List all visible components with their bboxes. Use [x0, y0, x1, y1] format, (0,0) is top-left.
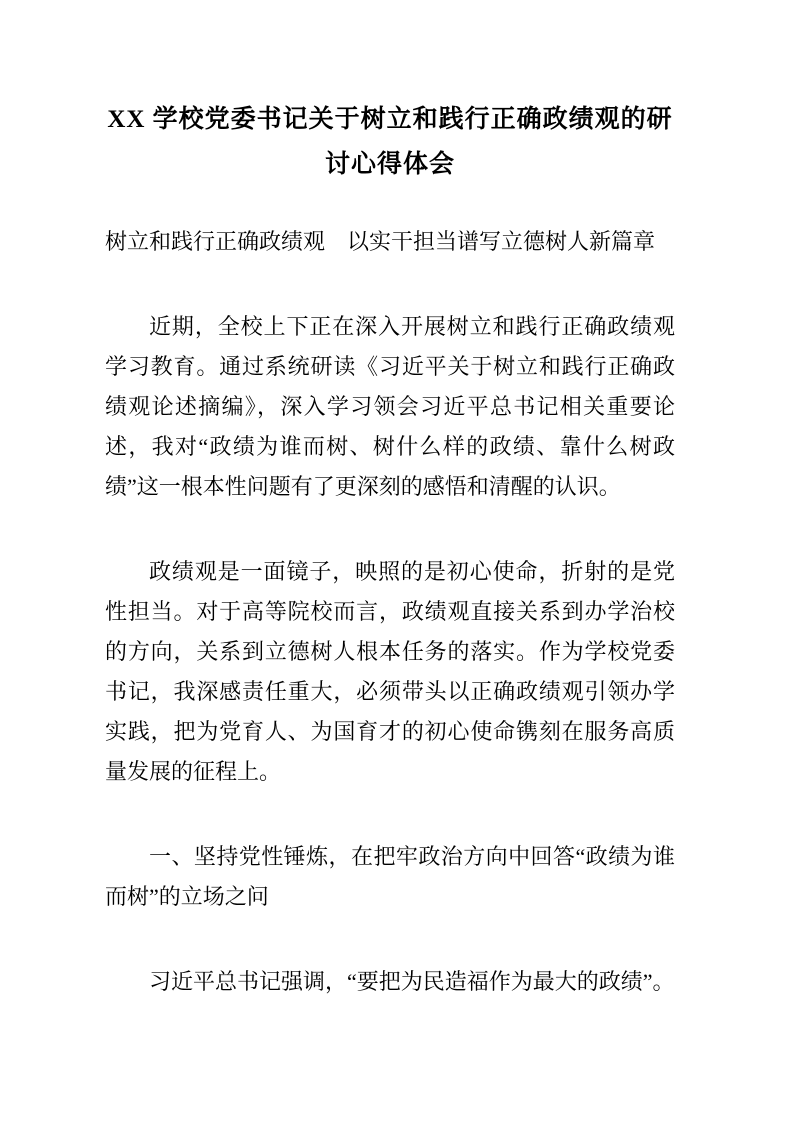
document-subtitle: 树立和践行正确政绩观 以实干担当谱写立德树人新篇章 [105, 222, 675, 262]
paragraph-quote: 习近平总书记强调，“要把为民造福作为最大的政绩”。 [105, 962, 675, 1002]
paragraph-intro: 近期，全校上下正在深入开展树立和践行正确政绩观学习教育。通过系统研读《习近平关于… [105, 307, 675, 507]
document-page: XX 学校党委书记关于树立和践行正确政绩观的研讨心得体会 树立和践行正确政绩观 … [0, 0, 793, 1122]
paragraph-mirror: 政绩观是一面镜子，映照的是初心使命，折射的是党性担当。对于高等院校而言，政绩观直… [105, 552, 675, 792]
section-heading-1: 一、坚持党性锤炼，在把牢政治方向中回答“政绩为谁而树”的立场之问 [105, 837, 675, 917]
document-title: XX 学校党委书记关于树立和践行正确政绩观的研讨心得体会 [105, 97, 675, 187]
